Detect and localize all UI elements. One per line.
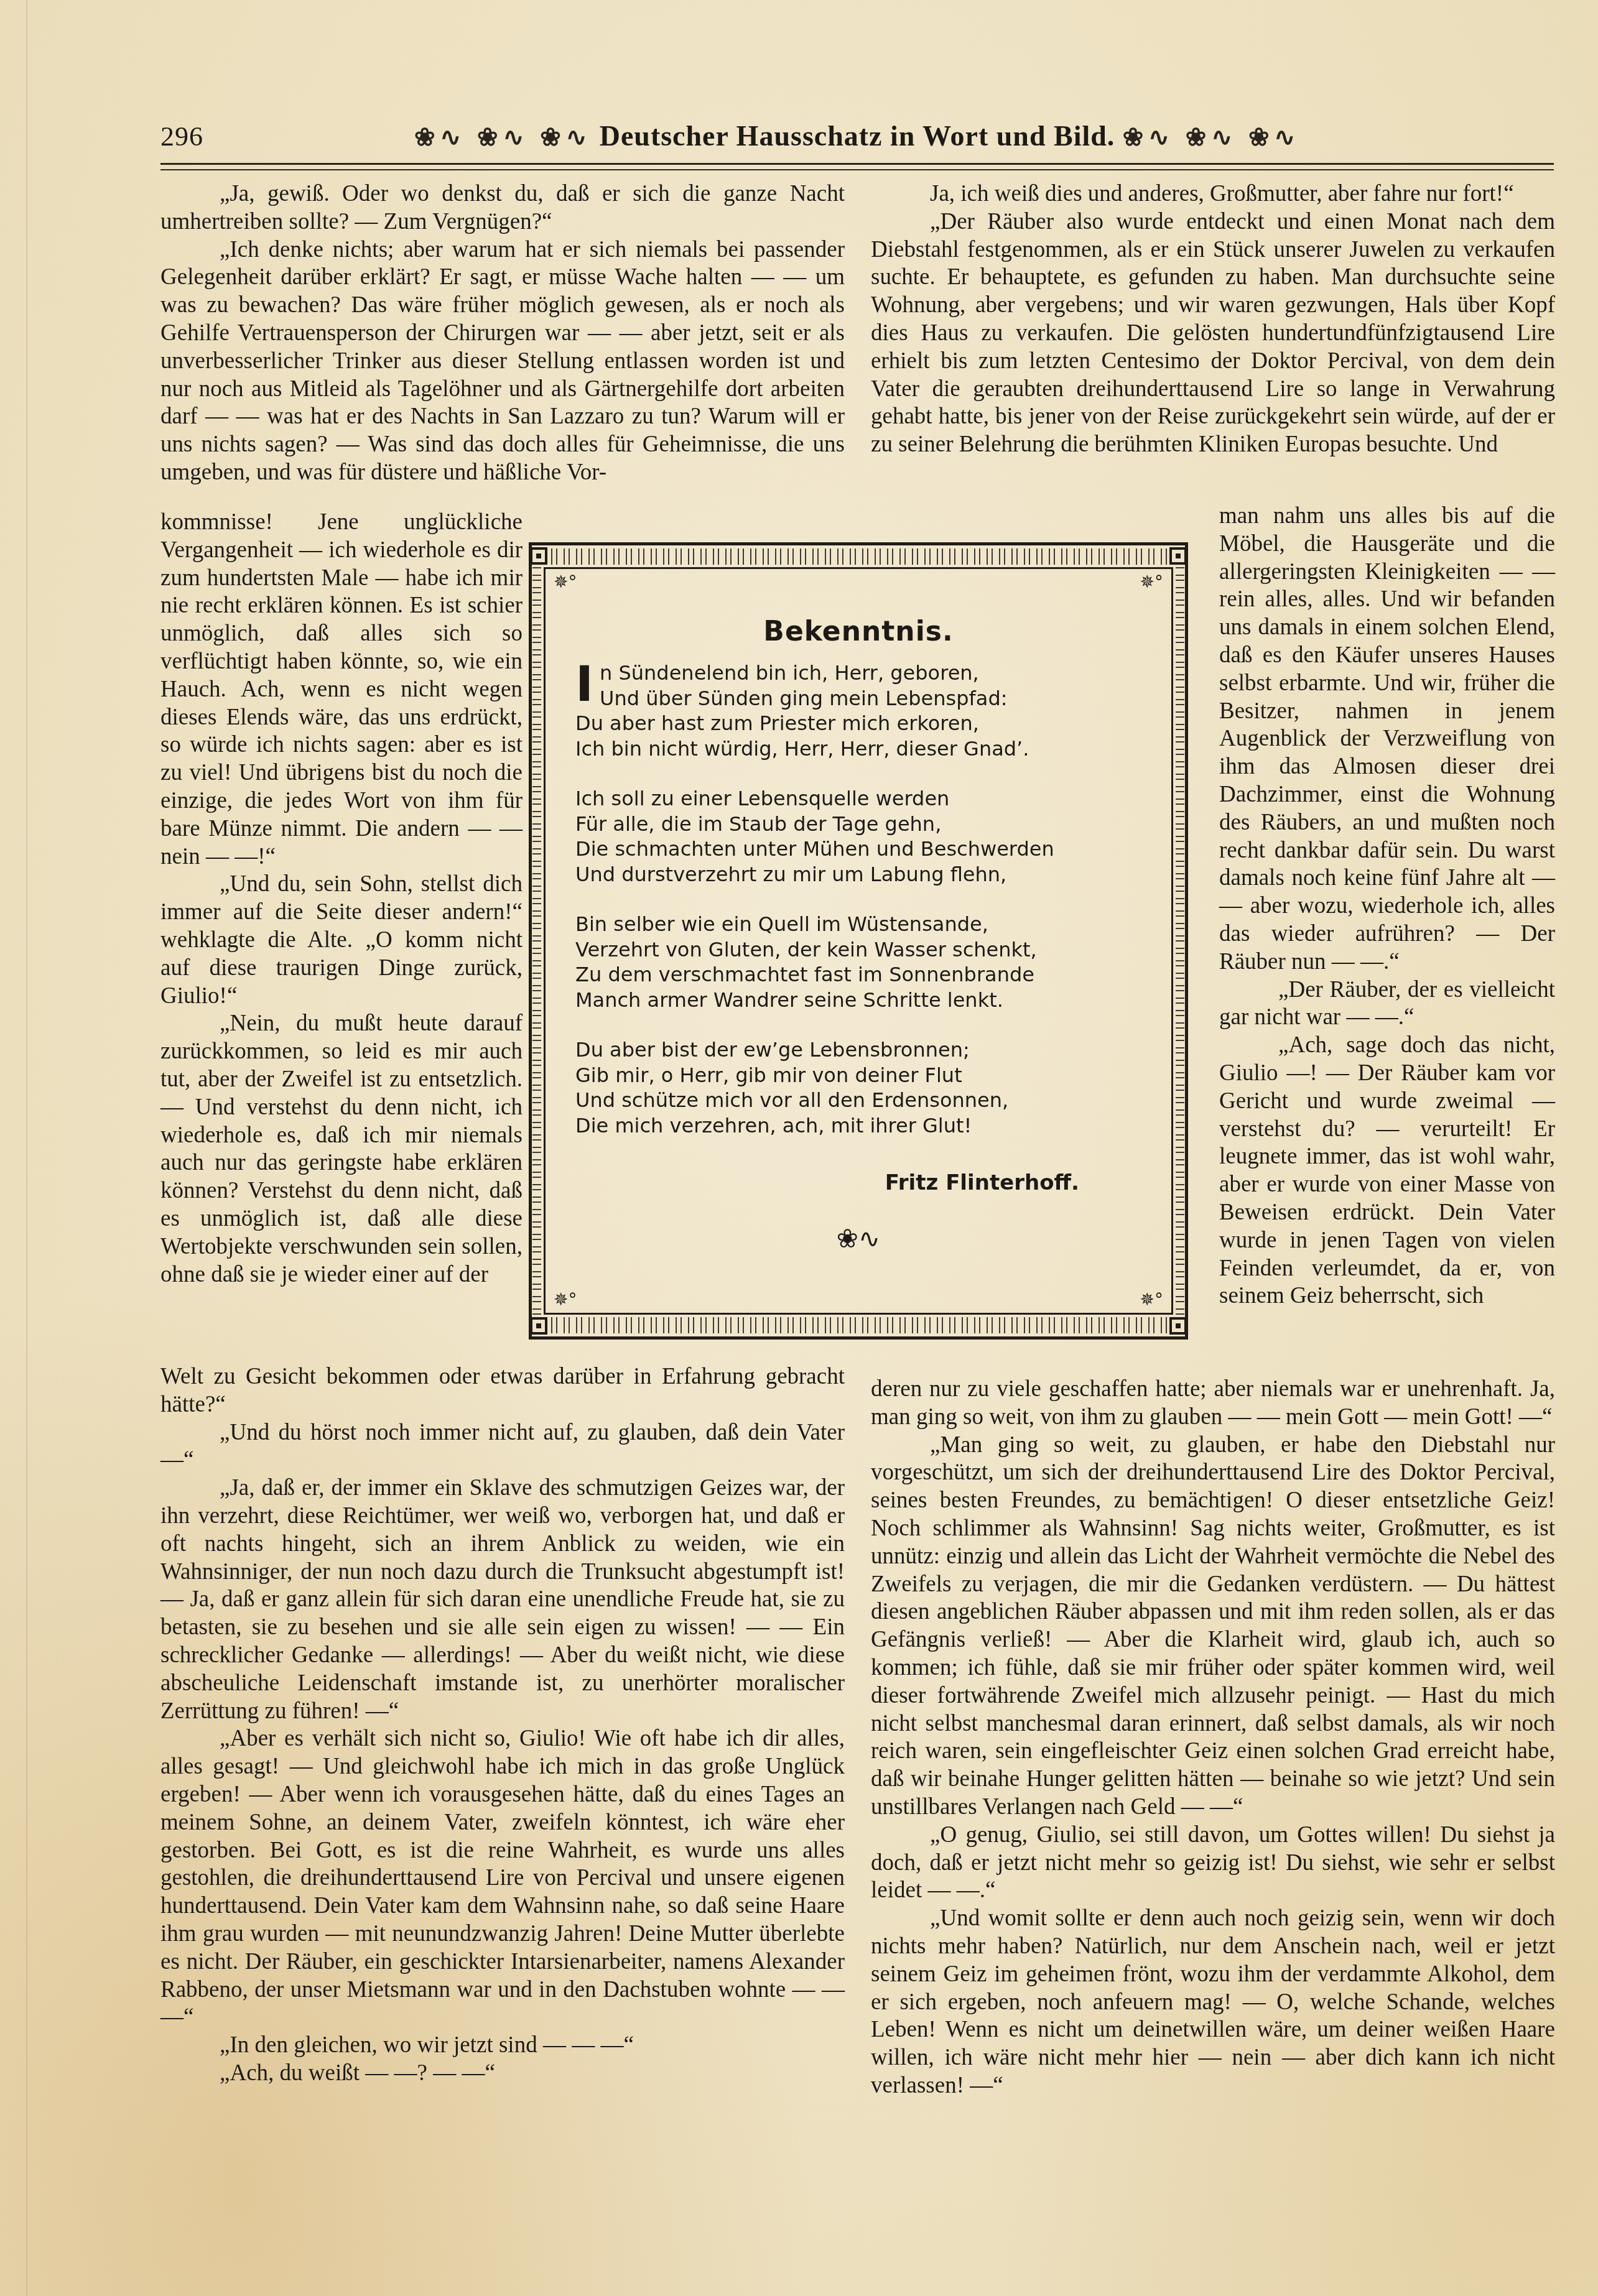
verse-line: Bin selber wie ein Quell im Wüstensande, (575, 912, 1135, 937)
paragraph: „Und du, sein Sohn, stellst dich immer a… (160, 871, 523, 1010)
verse-line: Ich soll zu einer Lebensquelle werden (575, 786, 1135, 812)
header-rule-bottom (160, 169, 1554, 170)
paragraph: „Ach, du weißt — —? — —“ (160, 2060, 845, 2088)
verse-line: Und schütze mich vor all den Erdensonnen… (575, 1088, 1135, 1113)
corner-square-icon (530, 1317, 547, 1335)
frame-band-right (1176, 567, 1184, 1315)
paragraph: „O genug, Giulio, sei still davon, um Go… (871, 1822, 1555, 1905)
running-head: 296 ❀∿ ❀∿ ❀∿ Deutscher Hausschatz in Wor… (160, 119, 1554, 163)
poem-title: Bekenntnis. (529, 616, 1188, 647)
frame-band-bottom (544, 1317, 1173, 1333)
journal-title-line: ❀∿ ❀∿ ❀∿ Deutscher Hausschatz in Wort un… (160, 119, 1554, 152)
newspaper-page: 296 ❀∿ ❀∿ ❀∿ Deutscher Hausschatz in Wor… (0, 0, 1598, 2296)
flourish-right-icon: ❀∿ ❀∿ ❀∿ (1123, 123, 1300, 151)
verse-line: n Sündenelend bin ich, Herr, geboren, (575, 660, 1135, 686)
drop-cap: I (575, 663, 593, 706)
paragraph: „Der Räuber also wurde entdeckt und eine… (871, 208, 1555, 459)
verse-line: Manch armer Wandrer seine Schritte lenkt… (575, 988, 1135, 1013)
paragraph: „Ja, gewiß. Oder wo denkst du, daß er si… (160, 180, 845, 236)
stanza: I n Sündenelend bin ich, Herr, geboren, … (575, 660, 1135, 761)
verse-line: Ich bin nicht würdig, Herr, Herr, dieser… (575, 736, 1135, 762)
verse-line: Verzehrt von Gluten, der kein Wasser sch… (575, 937, 1135, 963)
paragraph: „Und womit sollte er denn auch noch geiz… (871, 1905, 1555, 2100)
tailpiece-flourish-icon: ❀∿ (529, 1223, 1188, 1254)
flourish-left-icon: ❀∿ ❀∿ ❀∿ (414, 123, 592, 151)
corner-square-icon (530, 547, 547, 565)
verse-line: Gib mir, o Herr, gib mir von deiner Flut (575, 1063, 1135, 1088)
frame-band-left (532, 567, 541, 1315)
paragraph: „Der Räuber, der es vielleicht gar nicht… (1219, 976, 1555, 1032)
left-column-narrow: kommnisse! Jene unglückliche Vergangenhe… (160, 509, 523, 1289)
left-column-top: „Ja, gewiß. Oder wo denkst du, daß er si… (160, 180, 845, 487)
header-rule-top (160, 163, 1554, 165)
paragraph: „Ja, daß er, der immer ein Sklave des sc… (160, 1474, 845, 1725)
paragraph: „Aber es verhält sich nicht so, Giulio! … (160, 1725, 845, 2032)
verse-line: Für alle, die im Staub der Tage gehn, (575, 812, 1135, 837)
poem-box: ✵° ✵° ✵° ✵° Bekenntnis. I n Sündenelend … (529, 542, 1188, 1340)
star-ornament-icon: ✵° (554, 575, 577, 590)
star-ornament-icon: ✵° (1140, 575, 1163, 590)
right-column-top: Ja, ich weiß dies und anderes, Großmutte… (871, 180, 1555, 459)
verse-line: Und über Sünden ging mein Lebenspfad: (575, 686, 1135, 711)
paragraph: Ja, ich weiß dies und anderes, Großmutte… (871, 180, 1555, 208)
corner-square-icon (1169, 1317, 1187, 1335)
paragraph: „Und du hörst noch immer nicht auf, zu g… (160, 1419, 845, 1475)
poem-author: Fritz Flinterhoff. (885, 1170, 1079, 1195)
frame-band-top (544, 549, 1173, 565)
verse-line: Die mich verzehren, ach, mit ihrer Glut! (575, 1113, 1135, 1139)
paragraph: Welt zu Gesicht bekommen oder etwas darü… (160, 1363, 845, 1419)
verse-line: Die schmachten unter Mühen und Beschwerd… (575, 836, 1135, 862)
paragraph: „Ich denke nichts; aber warum hat er sic… (160, 236, 845, 487)
left-column-bottom: Welt zu Gesicht bekommen oder etwas darü… (160, 1363, 845, 2088)
paragraph: „In den gleichen, wo wir jetzt sind — — … (160, 2032, 845, 2060)
corner-square-icon (1169, 547, 1187, 565)
verse-line: Du aber hast zum Priester mich erkoren, (575, 711, 1135, 736)
verse-line: Und durstverzehrt zu mir um Labung flehn… (575, 862, 1135, 887)
paragraph: deren nur zu viele geschaffen hatte; abe… (871, 1376, 1555, 1432)
right-column-narrow: man nahm uns alles bis auf die Möbel, di… (1219, 502, 1555, 1310)
star-ornament-icon: ✵° (1140, 1292, 1163, 1307)
journal-title: Deutscher Hausschatz in Wort und Bild. (600, 120, 1115, 152)
paragraph: „Nein, du mußt heute darauf zurückkommen… (160, 1010, 523, 1289)
poem-body: I n Sündenelend bin ich, Herr, geboren, … (575, 660, 1135, 1163)
verse-line: Zu dem verschmachtet fast im Sonnenbrand… (575, 962, 1135, 988)
stanza: Bin selber wie ein Quell im Wüstensande,… (575, 912, 1135, 1012)
paragraph: kommnisse! Jene unglückliche Vergangenhe… (160, 509, 523, 871)
stanza: Du aber bist der ew’ge Lebensbronnen; Gi… (575, 1037, 1135, 1138)
stanza: Ich soll zu einer Lebensquelle werden Fü… (575, 786, 1135, 887)
paragraph: „Man ging so weit, zu glauben, er habe d… (871, 1432, 1555, 1822)
paragraph: „Ach, sage doch das nicht, Giulio —! — D… (1219, 1032, 1555, 1310)
verse-line: Du aber bist der ew’ge Lebensbronnen; (575, 1037, 1135, 1063)
right-column-bottom: deren nur zu viele geschaffen hatte; abe… (871, 1376, 1555, 2100)
paragraph: man nahm uns alles bis auf die Möbel, di… (1219, 502, 1555, 976)
star-ornament-icon: ✵° (554, 1292, 577, 1307)
